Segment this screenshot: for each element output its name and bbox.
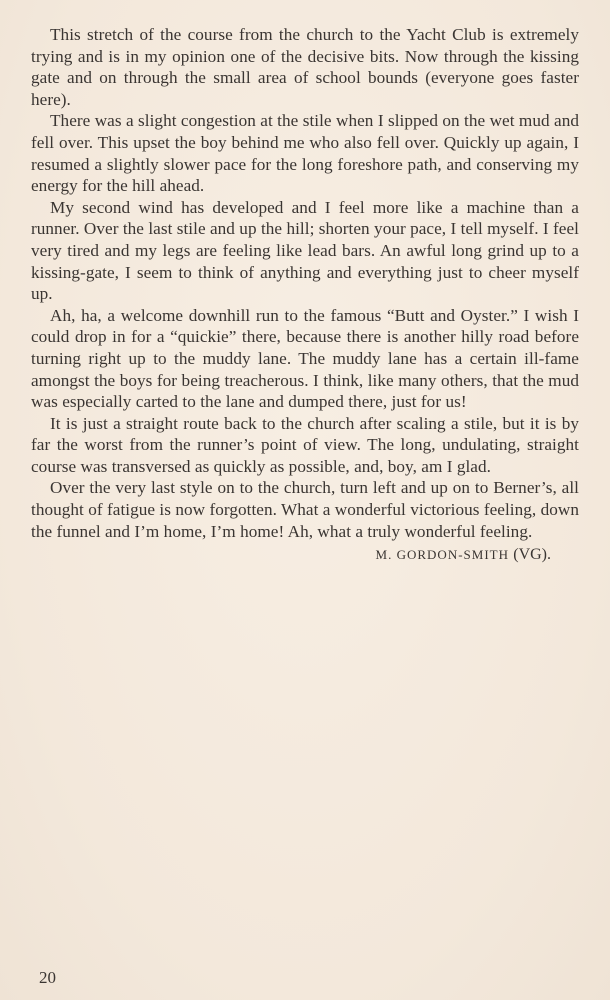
author-house: (VG). xyxy=(513,546,551,563)
book-page: This stretch of the course from the chur… xyxy=(0,0,610,1000)
article-body: This stretch of the course from the chur… xyxy=(31,24,579,566)
paragraph-4: Ah, ha, a welcome downhill run to the fa… xyxy=(31,305,579,413)
paragraph-3: My second wind has developed and I feel … xyxy=(31,197,579,305)
author-signature: M. Gordon-Smith (VG). xyxy=(31,544,579,566)
paragraph-6: Over the very last style on to the churc… xyxy=(31,477,579,542)
page-number: 20 xyxy=(39,968,56,988)
paragraph-5: It is just a straight route back to the … xyxy=(31,413,579,478)
paragraph-2: There was a slight congestion at the sti… xyxy=(31,110,579,196)
paragraph-1: This stretch of the course from the chur… xyxy=(31,24,579,110)
author-name: M. Gordon-Smith xyxy=(376,547,509,562)
